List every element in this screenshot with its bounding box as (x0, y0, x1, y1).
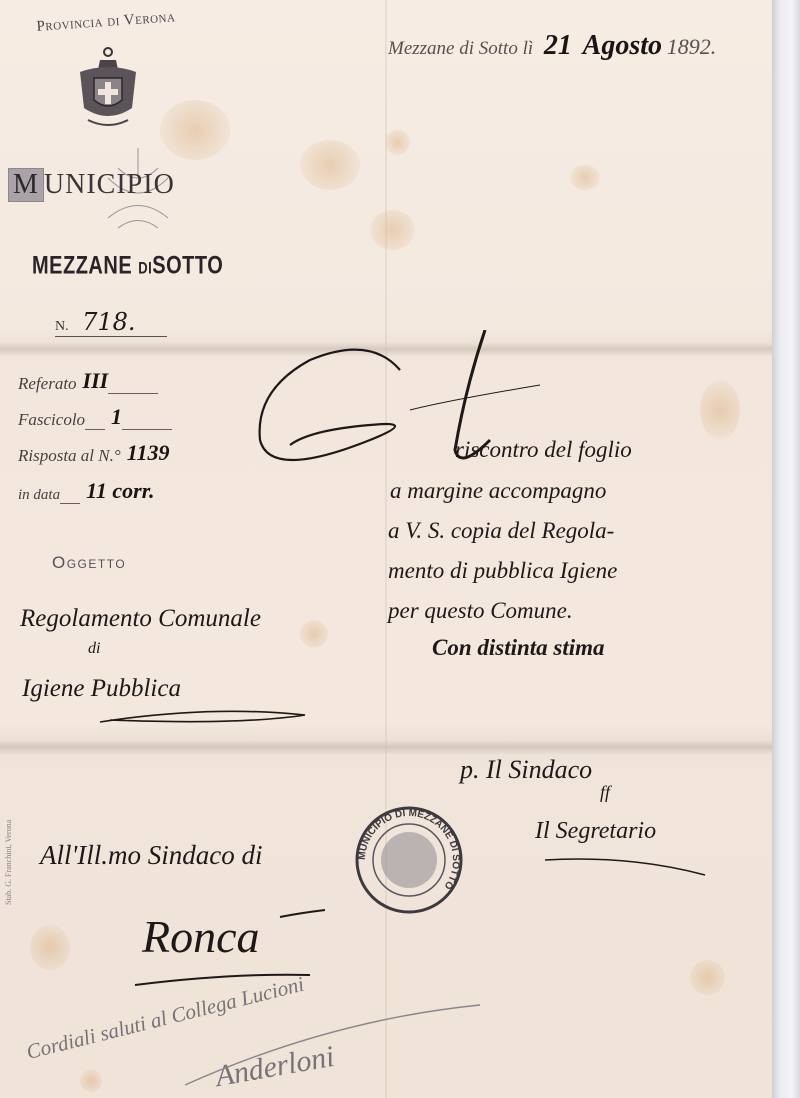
municipio-rest: UNICIPIO (44, 169, 175, 200)
decorative-initial-a-icon (250, 330, 550, 490)
secretary-signature: Il Segretario (535, 818, 656, 845)
foxing-stain (385, 130, 410, 155)
foxing-stain (30, 925, 70, 970)
municipal-stamp-icon: MUNICIPIO DI MEZZANE DI SOTTO (350, 805, 468, 915)
registry-label: Referato (18, 374, 77, 394)
registry-rule (85, 428, 105, 430)
foxing-stain (690, 960, 725, 995)
town-name-di: DI (138, 258, 152, 277)
registry-row-referato: Referato III (18, 368, 158, 394)
town-name-2: SOTTO (152, 252, 223, 280)
body-line: a margine accompagno (390, 478, 606, 504)
registry-label: in data (18, 487, 60, 504)
registry-value: 1 (111, 404, 122, 430)
registry-row-fascicolo: Fascicolo 1 (18, 404, 172, 430)
protocol-value: 718. (82, 308, 135, 336)
pencil-flourish-icon (180, 1000, 500, 1090)
municipio-heading: MUNICIPIO (8, 168, 175, 202)
registry-label: Fascicolo (18, 410, 85, 430)
subject-line: Igiene Pubblica (22, 675, 181, 703)
mayor-signature: p. Il Sindaco (460, 755, 592, 785)
foxing-stain (700, 380, 740, 440)
foxing-stain (570, 165, 600, 190)
closing-line: Con distinta stima (432, 635, 605, 661)
foxing-stain (300, 620, 328, 648)
registry-row-risposta: Risposta al N.° 1139 (18, 440, 169, 466)
date-day: 21 (544, 30, 572, 61)
coat-of-arms-icon (74, 44, 142, 132)
protocol-number: N. 718. (55, 308, 167, 337)
foxing-stain (300, 140, 360, 190)
registry-rule (108, 392, 158, 394)
mayor-signature-sub: ff (600, 782, 610, 803)
municipio-initial: M (8, 168, 44, 202)
subject-heading: Oggetto (52, 553, 126, 573)
subject-line: di (88, 640, 100, 658)
dateline: Mezzane di Sotto lì 21 Agosto 1892. (388, 30, 716, 62)
registry-rule (60, 502, 80, 504)
foxing-stain (370, 210, 415, 250)
addressee-line: All'Ill.mo Sindaco di (40, 840, 263, 871)
registry-value: 1139 (127, 440, 170, 466)
town-heading: MEZZANE DISOTTO (32, 252, 223, 281)
registry-row-in-data: in data 11 corr. (18, 478, 155, 504)
body-line: mento di pubblica Igiene (388, 558, 617, 584)
signature-flourish-icon (540, 850, 710, 880)
body-line: a V. S. copia del Regola- (388, 518, 614, 544)
registry-rule (122, 428, 172, 430)
body-line: riscontro del foglio (455, 437, 632, 463)
date-month: Agosto (583, 30, 662, 61)
registry-value: III (83, 368, 109, 394)
province-heading: Provincia di Verona (36, 9, 177, 36)
date-year: 1892. (667, 34, 717, 59)
subject-line: Regolamento Comunale (20, 605, 261, 633)
letter-page: Provincia di Verona MUNICIPIO MEZZANE DI… (0, 0, 772, 1098)
paper-fold (385, 0, 387, 1098)
registry-label: Risposta al N.° (18, 446, 121, 466)
town-name-1: MEZZANE (32, 252, 132, 280)
body-line: per questo Comune. (388, 598, 573, 624)
foxing-stain (80, 1070, 102, 1092)
subject-flourish-icon (90, 700, 310, 740)
printer-mark: Stab. G. Franchini, Verona (4, 820, 13, 905)
date-place: Mezzane di Sotto lì (388, 38, 533, 59)
protocol-label: N. (55, 319, 69, 334)
registry-value: 11 corr. (86, 478, 154, 504)
scan-background-edge (772, 0, 800, 1098)
